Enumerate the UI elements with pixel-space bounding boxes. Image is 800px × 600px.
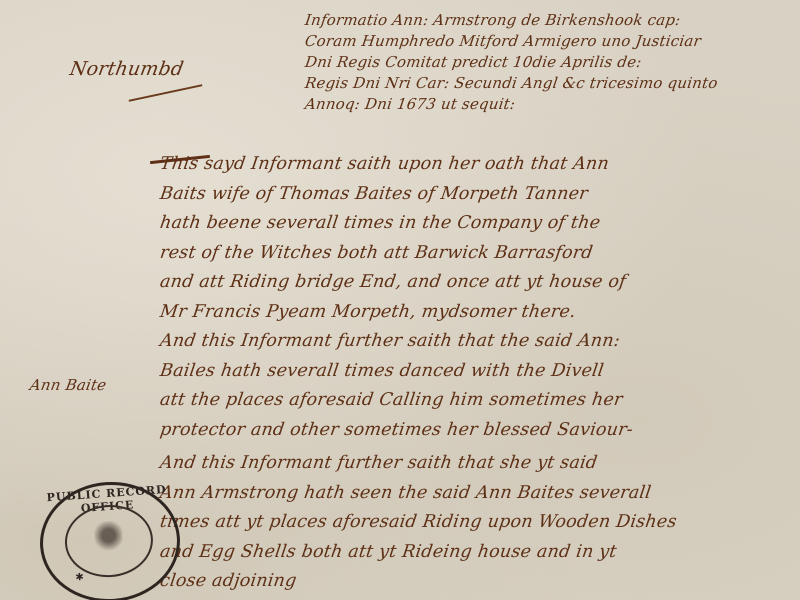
header-line: Regis Dni Nri Car: Secundi Angl &c trice…	[304, 73, 800, 94]
header-block: Informatio Ann: Armstrong de Birkenshook…	[305, 10, 800, 115]
body-line: protector and other sometimes her blesse…	[158, 416, 800, 446]
body-line: att the places aforesaid Calling him som…	[158, 386, 800, 416]
body-line: rest of the Witches both att Barwick Bar…	[158, 239, 800, 269]
body-line: This sayd Informant saith upon her oath …	[158, 150, 800, 180]
star-icon: ✱	[75, 572, 84, 584]
body-line: Mr Francis Pyeam Morpeth, mydsomer there…	[158, 298, 800, 328]
header-line: Informatio Ann: Armstrong de Birkenshook…	[304, 10, 800, 31]
body-line: Baits wife of Thomas Baites of Morpeth T…	[158, 180, 800, 210]
body-line: Ann Armstrong hath seen the said Ann Bai…	[158, 479, 800, 509]
body-line: And this Informant further saith that sh…	[158, 449, 800, 479]
margin-note: Ann Baite	[28, 376, 108, 394]
body-line: Bailes hath severall times danced with t…	[158, 357, 800, 387]
deposition-body: This sayd Informant saith upon her oath …	[160, 150, 800, 597]
body-line: and Egg Shells both att yt Rideing house…	[158, 538, 800, 568]
body-line: And this Informant further saith that th…	[158, 327, 800, 357]
body-line: and att Riding bridge End, and once att …	[158, 268, 800, 298]
county-underline	[129, 84, 203, 102]
crest-icon	[94, 520, 124, 558]
county-heading: Northumbd	[68, 58, 185, 80]
header-line: Coram Humphredo Mitford Armigero uno Jus…	[304, 31, 800, 52]
body-line: times att yt places aforesaid Riding upo…	[158, 508, 800, 538]
manuscript-page: Informatio Ann: Armstrong de Birkenshook…	[0, 0, 800, 600]
body-line: hath beene severall times in the Company…	[158, 209, 800, 239]
body-line: close adjoining	[158, 567, 800, 597]
header-line: Dni Regis Comitat predict 10die Aprilis …	[304, 52, 800, 73]
header-line: Annoq: Dni 1673 ut sequit:	[304, 94, 800, 115]
